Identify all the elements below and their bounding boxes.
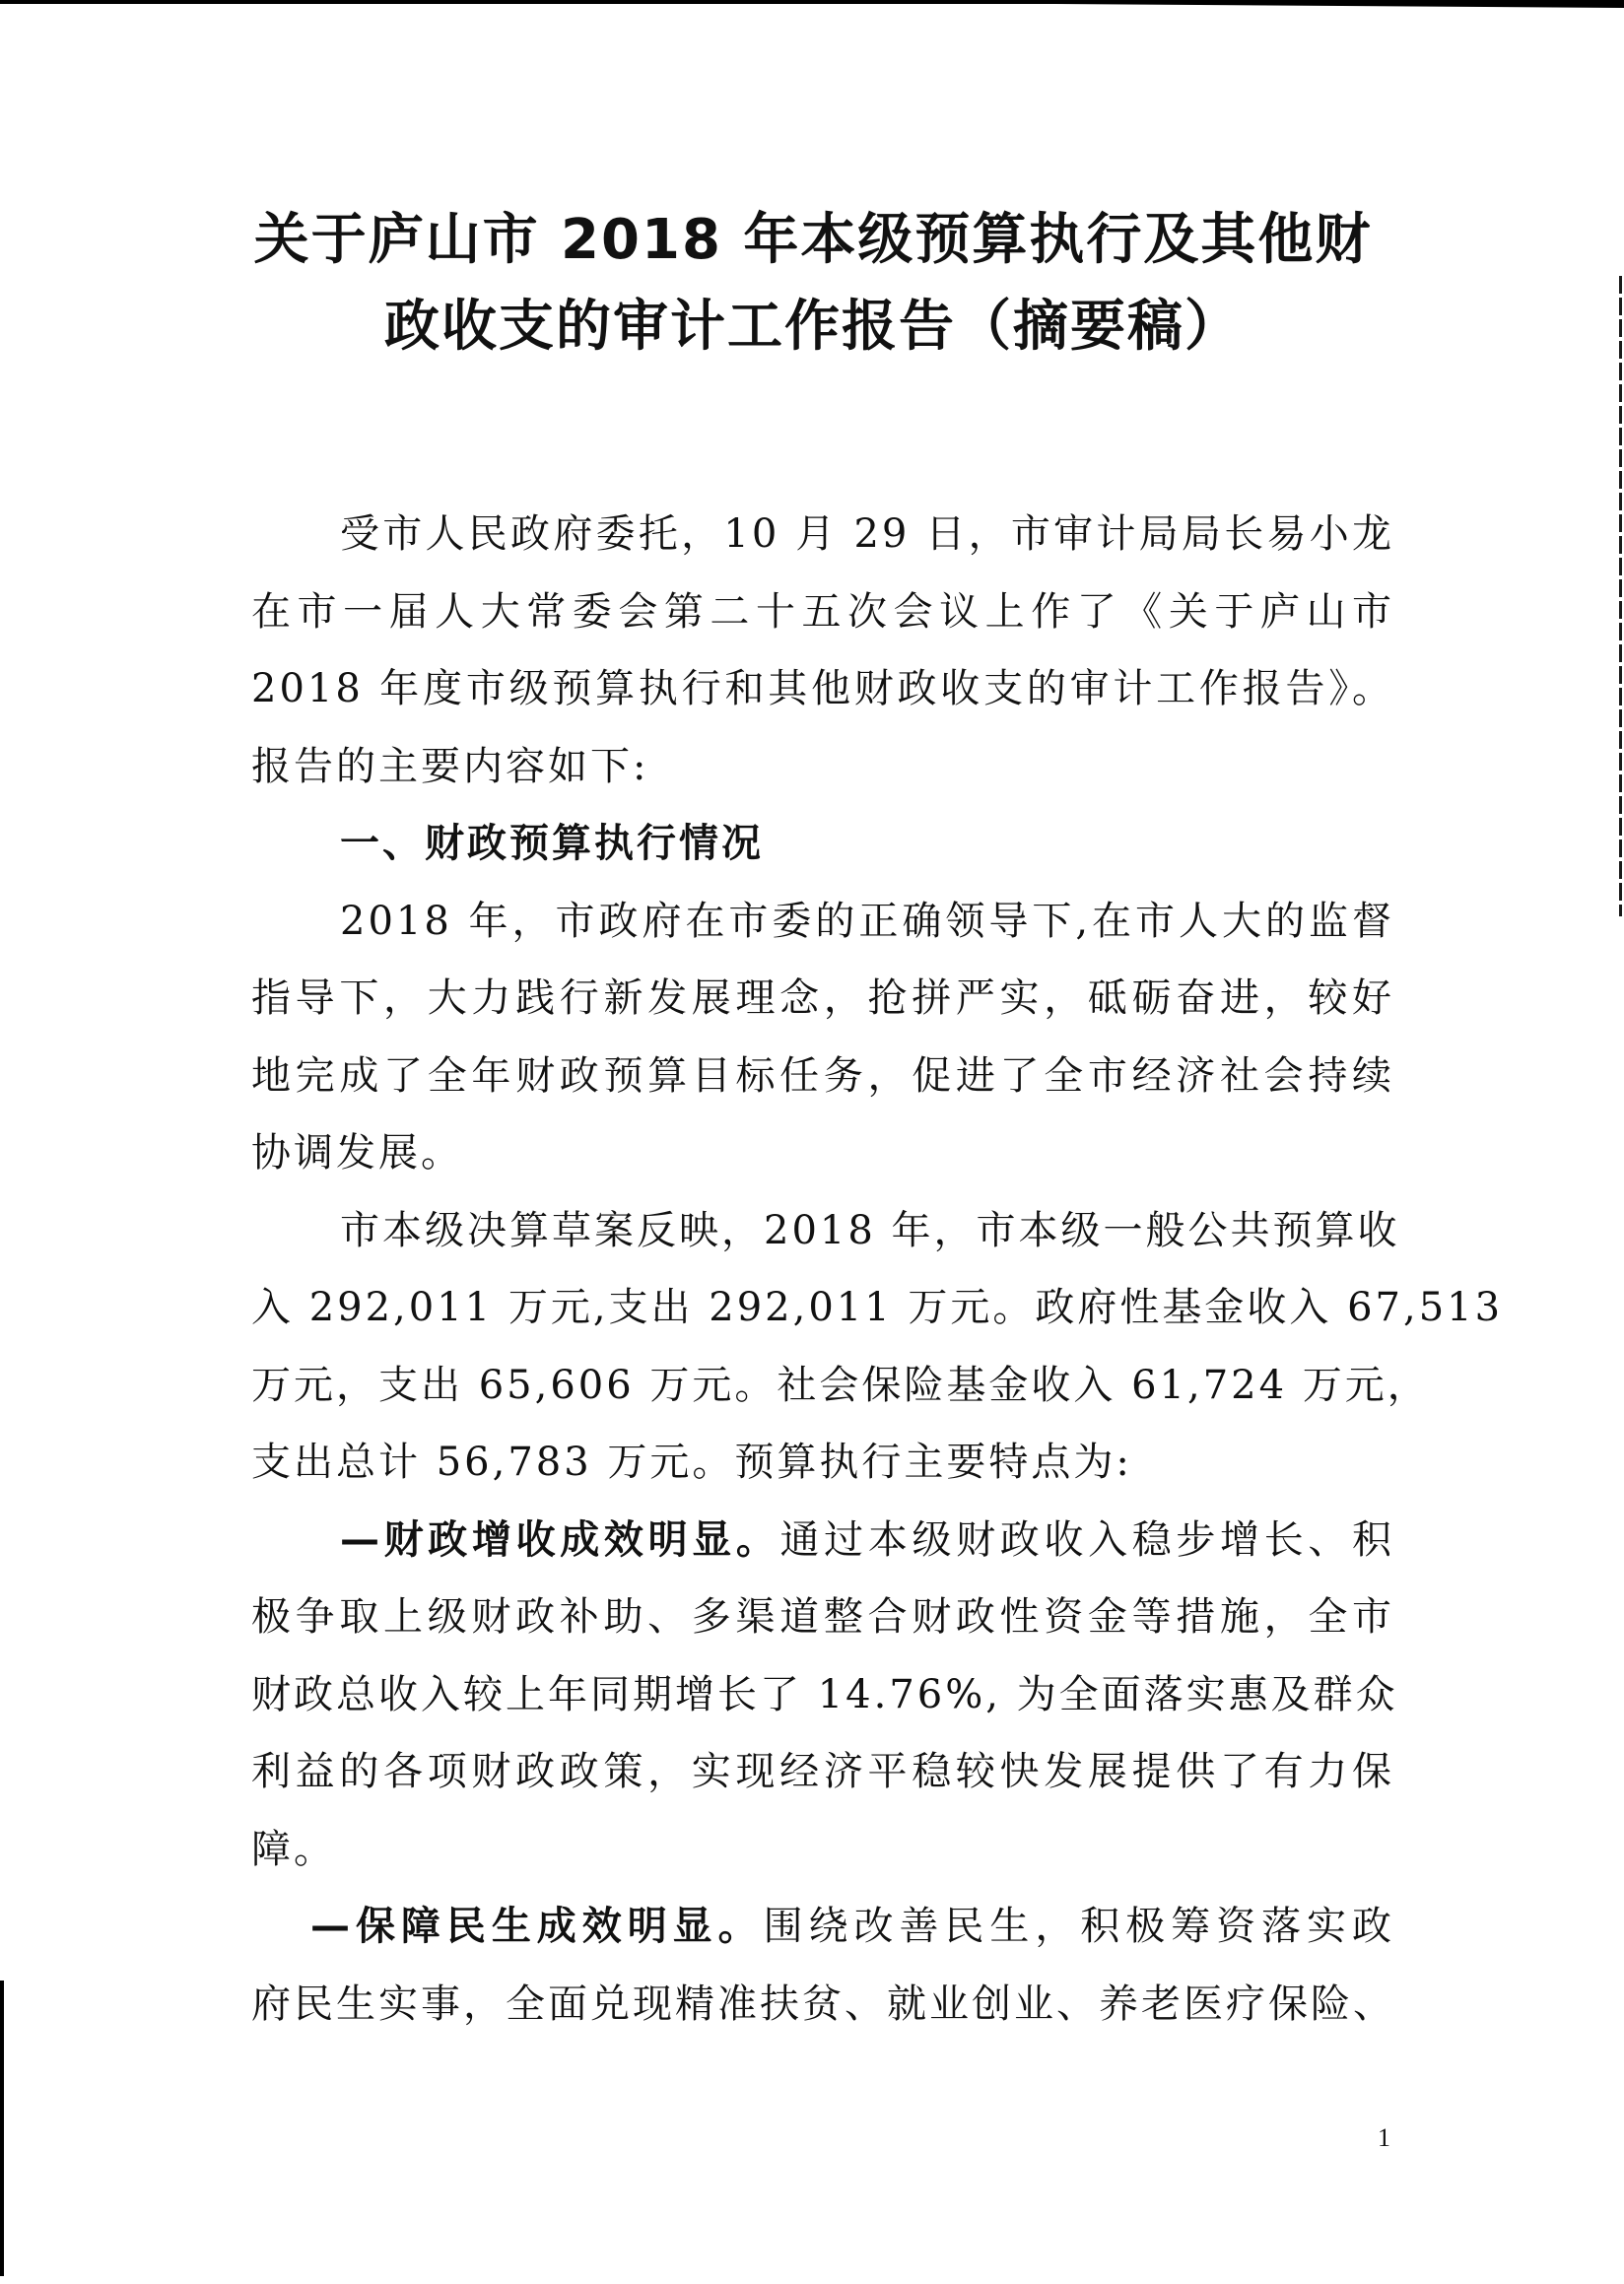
title-line-1: 关于庐山市 2018 年本级预算执行及其他财 bbox=[197, 197, 1429, 284]
paragraph-intro-line: 2018 年度市级预算执行和其他财政收支的审计工作报告》。 bbox=[251, 650, 1394, 728]
paragraph-figures-line: 入 292,011 万元,支出 292,011 万元。政府性基金收入 67,51… bbox=[251, 1269, 1394, 1347]
paragraph-figures-line: 市本级决算草案反映，2018 年，市本级一般公共预算收 bbox=[251, 1192, 1394, 1270]
paragraph-livelihood-line: 府民生实事，全面兑现精准扶贫、就业创业、养老医疗保险、 bbox=[251, 1966, 1394, 2044]
livelihood-first-rest: 围绕改善民生，积极筹资落实政 bbox=[764, 1904, 1394, 1949]
paragraph-figures-line: 万元，支出 65,606 万元。社会保险基金收入 61,724 万元， bbox=[251, 1347, 1394, 1425]
revenue-first-rest: 通过本级财政收入稳步增长、积 bbox=[780, 1517, 1394, 1563]
paragraph-figures-line: 支出总计 56,783 万元。预算执行主要特点为: bbox=[251, 1424, 1394, 1502]
document-title: 关于庐山市 2018 年本级预算执行及其他财 政收支的审计工作报告（摘要稿） bbox=[197, 197, 1429, 370]
document-page: 关于庐山市 2018 年本级预算执行及其他财 政收支的审计工作报告（摘要稿） 受… bbox=[0, 0, 1624, 2284]
paragraph-intro-line: 报告的主要内容如下: bbox=[251, 728, 1394, 806]
paragraph-revenue-line: 利益的各项财政政策，实现经济平稳较快发展提供了有力保 bbox=[251, 1733, 1394, 1811]
paragraph-intro-line: 受市人民政府委托，10 月 29 日，市审计局局长易小龙 bbox=[251, 496, 1394, 573]
section-heading: 一、财政预算执行情况 bbox=[251, 805, 1394, 883]
page-number: 1 bbox=[1378, 2123, 1390, 2153]
paragraph-revenue-line: 极争取上级财政补助、多渠道整合财政性资金等措施，全市 bbox=[251, 1579, 1394, 1656]
paragraph-revenue-first-line: —财政增收成效明显。通过本级财政收入稳步增长、积 bbox=[251, 1502, 1394, 1579]
paragraph-overview-line: 指导下，大力践行新发展理念，抢拼严实，砥砺奋进，较好 bbox=[251, 960, 1394, 1038]
paragraph-intro-line: 在市一届人大常委会第二十五次会议上作了《关于庐山市 bbox=[251, 573, 1394, 651]
paragraph-overview-line: 协调发展。 bbox=[251, 1114, 1394, 1192]
bold-lead-revenue: —财政增收成效明显。 bbox=[340, 1517, 780, 1563]
document-body: 受市人民政府委托，10 月 29 日，市审计局局长易小龙 在市一届人大常委会第二… bbox=[251, 496, 1394, 2043]
paragraph-revenue-line: 财政总收入较上年同期增长了 14.76%, 为全面落实惠及群众 bbox=[251, 1656, 1394, 1734]
paragraph-overview-line: 地完成了全年财政预算目标任务，促进了全市经济社会持续 bbox=[251, 1038, 1394, 1115]
paragraph-revenue-line: 障。 bbox=[251, 1811, 1394, 1889]
paragraph-livelihood-first-line: —保障民生成效明显。围绕改善民生，积极筹资落实政 bbox=[251, 1888, 1394, 1966]
title-line-2: 政收支的审计工作报告（摘要稿） bbox=[197, 284, 1429, 370]
paragraph-overview-line: 2018 年，市政府在市委的正确领导下,在市人大的监督 bbox=[251, 883, 1394, 961]
bold-lead-livelihood: —保障民生成效明显。 bbox=[310, 1904, 764, 1949]
